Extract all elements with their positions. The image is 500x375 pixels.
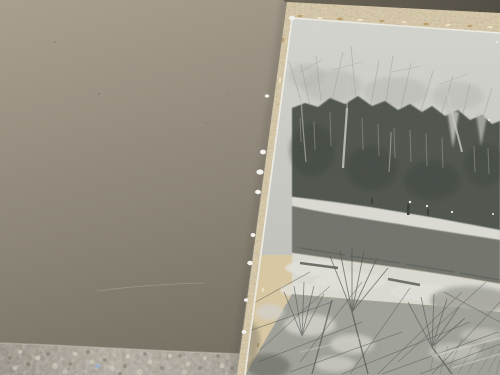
speckle	[168, 354, 172, 358]
speckle	[178, 354, 182, 358]
speckle	[26, 362, 30, 366]
speckle	[143, 352, 147, 356]
torn-chip	[251, 233, 256, 237]
speckle	[220, 364, 225, 369]
speckle	[36, 356, 41, 361]
torn-chip	[247, 261, 253, 265]
torn-chip	[244, 298, 248, 302]
torn-chip	[255, 190, 261, 194]
speckle	[183, 370, 188, 375]
speckle	[63, 370, 68, 375]
speckle	[148, 360, 153, 365]
torn-chip	[289, 16, 295, 20]
speckle	[216, 354, 220, 358]
speckle	[46, 352, 50, 356]
wall-speck	[98, 93, 100, 95]
speckle	[109, 365, 115, 371]
torn-chip	[265, 94, 269, 97]
scene-canvas	[0, 0, 500, 375]
speckle	[68, 362, 72, 366]
speckle	[73, 352, 77, 356]
speckle	[90, 360, 95, 365]
torn-chip	[260, 150, 266, 155]
speckle	[18, 350, 22, 354]
speckle	[198, 366, 202, 370]
speckle	[160, 366, 164, 370]
wall-speck	[54, 41, 56, 43]
wall-speck	[205, 122, 207, 124]
speckle	[203, 356, 207, 360]
torn-chip	[242, 330, 247, 334]
torn-chip	[256, 169, 263, 174]
speckle	[86, 350, 90, 354]
wall-speck	[226, 92, 227, 93]
speckle	[186, 362, 191, 367]
speckle	[126, 354, 130, 358]
speckle	[8, 356, 12, 360]
speckle	[103, 358, 107, 362]
speckle	[13, 366, 18, 371]
speckle	[52, 363, 58, 369]
speckle	[123, 364, 127, 368]
room-snapshot	[0, 0, 500, 375]
speckle	[137, 369, 143, 375]
wall-speck	[159, 151, 160, 152]
